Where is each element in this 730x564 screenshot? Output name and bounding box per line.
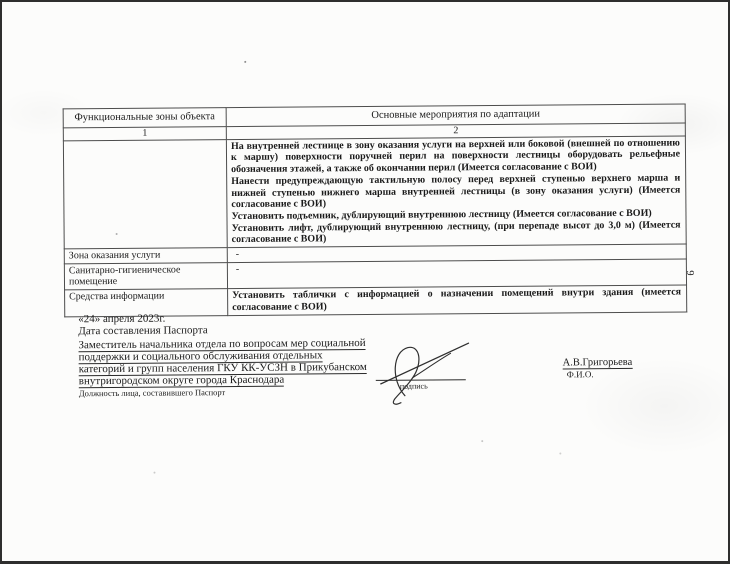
measures-cell: На внутренней лестнице в зону оказания у… [226, 136, 686, 248]
measures-cell: Установить таблички с информацией о назн… [228, 285, 687, 315]
zone-cell-empty [63, 139, 227, 249]
page-number: 9 [684, 270, 695, 275]
scanned-document-page: Функциональные зоны объекта Основные мер… [0, 0, 730, 564]
position-caption: Должность лица, составившего Паспорт [79, 387, 225, 398]
passport-date-caption: Дата составления Паспорта [78, 324, 207, 337]
scan-speck [559, 452, 561, 454]
table-row: На внутренней лестнице в зону оказания у… [63, 136, 686, 249]
measure-paragraph: На внутренней лестнице в зону оказания у… [231, 137, 680, 176]
position-line: внутригородском округе города Краснодара [79, 374, 285, 388]
measure-paragraph: Установить таблички с информацией о назн… [232, 287, 681, 314]
signatory-name-text: А.В.Григорьева [563, 357, 633, 370]
passport-date: «24» апреля 2023г. [78, 313, 165, 326]
signatory-name: А.В.Григорьева [563, 357, 633, 369]
measure-paragraph: Нанести предупреждающую тактильную полос… [231, 172, 680, 211]
document-content: Функциональные зоны объекта Основные мер… [0, 0, 730, 564]
measure-paragraph: Установить лифт, дублирующий внутреннюю … [232, 219, 681, 246]
signature-stroke-icon [370, 335, 491, 406]
signature-caption: подпись [400, 382, 428, 391]
position-line-text: внутригородском округе города Краснодара [79, 374, 285, 389]
scan-speck [116, 233, 118, 235]
zone-cell: Санитарно-гигиеническое помещение [64, 262, 227, 290]
column-header-zones: Функциональные зоны объекта [63, 108, 226, 128]
scan-speck [244, 61, 246, 63]
scan-speck [481, 440, 483, 442]
zone-cell: Зона оказания услуги [64, 248, 227, 264]
measures-cell: - [227, 259, 686, 289]
scan-speck [153, 472, 155, 474]
adaptation-measures-table: Функциональные зоны объекта Основные мер… [63, 103, 688, 316]
column-number-1: 1 [63, 127, 226, 141]
name-caption: Ф.И.О. [567, 369, 594, 379]
handwritten-signature [370, 335, 491, 406]
